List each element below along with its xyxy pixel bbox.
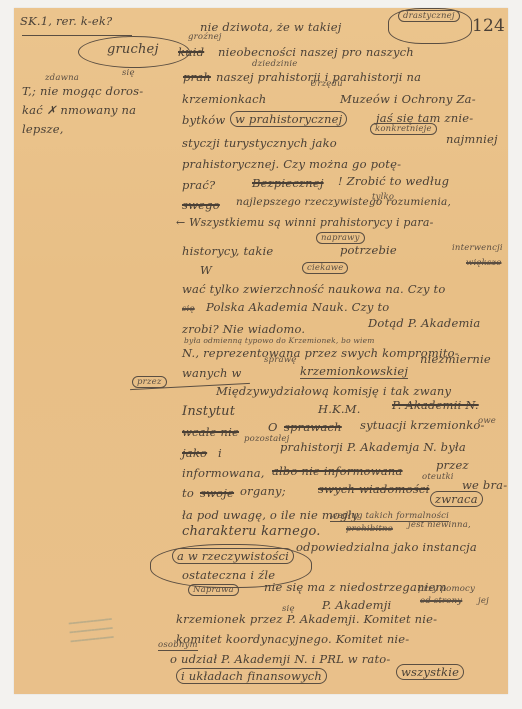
insert-text: sprawę [264,355,296,365]
text-line-8: prać? [182,178,215,192]
text-line-26b: odpowiedzialna jako instancja [296,540,477,554]
struck-text: od strony [420,596,462,606]
text-line-21c: prahistorji P. Akademja N. była [280,440,466,454]
text-line-17c: niezmiernie [420,352,491,366]
circled-text: w prahistorycznej [230,111,347,127]
struck-text: wcale nie [182,425,239,439]
text-line-8c: ! Zrobić to według [338,174,449,188]
text-line-29c: jej [478,596,489,606]
text-line-30: krzemionek przez P. Akademji. Komitet ni… [176,612,437,626]
insert-text: Urzędu [310,79,343,89]
text-line-19: Instytut [182,404,235,419]
text-line-10: ← Wszystkiemu są winni prahistorycy i pa… [176,216,434,229]
text-line-23: to [182,486,194,500]
struck-text: albo nie informowana [272,464,403,478]
text-line-11c: interwencji [452,243,503,253]
text-line-6: styczji turystycznych jako [182,136,337,150]
circled-text: wszystkie [396,664,464,680]
margin-note-gruchej: gruchej [107,42,159,57]
text-line-19b: H.K.M. [318,402,361,416]
text-line-4b: Muzeów i Ochrony Za- [340,92,476,106]
text-line-11b: potrzebie [340,243,397,257]
struck-text: jako [182,446,207,460]
text-line-17: wanych w [182,366,242,380]
text-line-23c: organy; [240,484,286,498]
text-line-2: nieobecności naszej pro naszych [218,45,414,59]
text-line-22c: przez [436,458,469,472]
text-line-4: krzemionkach [182,92,266,106]
circled-text: zwraca [430,491,483,507]
text-line-20: O [268,420,278,434]
struck-text: Bezpiecznej [252,176,324,190]
text-line-17b: krzemionkowskiej [300,364,408,379]
page-number: 124 [472,16,505,36]
margin-insert: zdawna [45,73,79,83]
insert-text: była odmienną typowo do Krzemionek, bo w… [184,336,375,345]
struck-text: prohibitne [346,524,393,534]
margin-insert: się [122,68,135,78]
circled-text: Naprawa [188,584,239,596]
struck-text: swego [182,198,220,212]
text-line-25c: jest niewinna, [408,520,471,530]
text-line-31: komitet koordynacyjnego. Komitet nie- [176,632,409,646]
margin-circled: przez [132,376,167,388]
text-line-32: o udział P. Akademji N. i PRL w rato- [170,652,391,666]
struck-text: prah [183,70,211,84]
text-line-12: W [200,263,212,277]
text-line-11: historycy, takie [182,244,273,258]
text-line-9: najlepszego rzeczywistego rozumienia, [236,196,451,208]
header-underline [22,35,132,36]
text-line-20d: sytuacji krzemionko- [360,418,485,432]
insert-text: dziedzinie [252,59,298,69]
struck-text: swych wiadomości [318,482,429,496]
struck-text: się [182,304,195,314]
text-line-25: charakteru karnego. [182,524,321,539]
text-line-15b: Dotąd P. Akademia [368,316,481,330]
struck-text: P. Akademii N. [392,398,479,412]
text-line-14: Polska Akademia Nauk. Czy to [206,300,389,314]
insert-text: groźnej [188,32,222,42]
insert-drastycznej: drastycznej [398,10,460,22]
margin-note-line: T,; nie mogąc doros- [22,84,143,98]
text-line-21: i [218,446,222,460]
insert-text: oteutki [422,472,454,482]
text-line-27: ostateczna i źle [182,568,275,582]
struck-text: kuid [178,45,204,59]
margin-note-line: kać ✗ nmowany na [22,103,136,117]
text-line-29: P. Akademji [322,598,391,612]
insert-circled: konkretnieje [370,123,437,135]
header-note: SK.1, rer. k-ek? [20,14,112,28]
text-line-18: Międzywydziałową komisję i tak zwany [216,384,451,398]
text-line-13: wać tylko zwierzchność naukowa na. Czy t… [182,282,446,296]
circled-text: a w rzeczywistości [172,548,294,564]
insert-text: przy pomocy [418,584,475,594]
text-line-23e: we bra- [462,478,507,492]
text-line-22: informowana, [182,466,265,480]
text-line-6b: najmniej [446,132,498,146]
insert-circled: ciekawe [302,262,348,274]
struck-text: sprawach [284,420,342,434]
text-line-15: zrobi? Nie wiadomo. [182,322,305,336]
struck-text: większe [466,258,501,268]
text-line-16: N., reprezentowana przez swych kompromit… [182,346,459,360]
text-line-7: prahistorycznej. Czy można go potę- [182,157,401,171]
margin-note-line: lepsze, [22,122,64,136]
struck-text: swoje [200,486,234,500]
text-line-5: bytków [182,113,225,127]
circled-text: i układach finansowych [176,668,327,684]
